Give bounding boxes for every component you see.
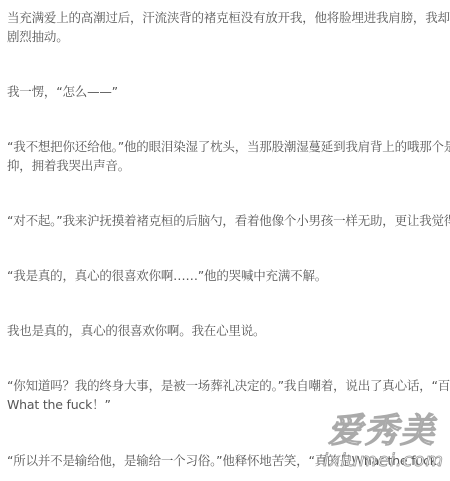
paragraph-2: 我一愣，“怎么——” xyxy=(7,82,118,101)
paragraph-7: “你知道吗？我的终身大事，是被一场葬礼决定的。”我自嘲着，说出了真心话，“百日冲… xyxy=(7,376,450,414)
paragraph-6: 我也是真的，真心的很喜欢你啊。我在心里说。 xyxy=(7,321,265,340)
paragraph-line: “你知道吗？我的终身大事，是被一场葬礼决定的。”我自嘲着，说出了真心话，“百日冲… xyxy=(7,376,450,395)
paragraph-3: “我不想把你还给他。”他的眼泪染湿了枕头，当那股潮湿蔓延到我肩背上的哦那个是，他… xyxy=(7,137,450,175)
paragraph-line: 抑，拥着我哭出声音。 xyxy=(7,156,450,175)
paragraph-line: “我是真的，真心的很喜欢你啊……”他的哭喊中充满不解。 xyxy=(7,266,327,285)
paragraph-line: 我一愣，“怎么——” xyxy=(7,82,118,101)
paragraph-line: 当充满爱上的高潮过后，汗流浃背的褚克桓没有放开我，他将脸埋进我肩膀，我却感觉到他… xyxy=(7,8,450,27)
watermark-brand-cn: 爱秀美 xyxy=(328,412,436,450)
paragraph-8: “所以并不是输给他，是输给一个习俗。”他释怀地苦笑，“真的是What the f… xyxy=(7,451,449,470)
paragraph-line: “我不想把你还给他。”他的眼泪染湿了枕头，当那股潮湿蔓延到我肩背上的哦那个是，他… xyxy=(7,137,450,156)
paragraph-5: “我是真的，真心的很喜欢你啊……”他的哭喊中充满不解。 xyxy=(7,266,327,285)
paragraph-line: “对不起。”我来沪抚摸着褚克桓的后脑勺，看着他像个小男孩一样无助，更让我觉得自己… xyxy=(7,211,450,230)
paragraph-1: 当充满爱上的高潮过后，汗流浃背的褚克桓没有放开我，他将脸埋进我肩膀，我却感觉到他… xyxy=(7,8,450,46)
paragraph-line: 剧烈抽动。 xyxy=(7,27,450,46)
paragraph-line: 我也是真的，真心的很喜欢你啊。我在心里说。 xyxy=(7,321,265,340)
paragraph-line: What the fuck！” xyxy=(7,395,450,414)
paragraph-line: “所以并不是输给他，是输给一个习俗。”他释怀地苦笑，“真的是What the f… xyxy=(7,451,449,470)
paragraph-4: “对不起。”我来沪抚摸着褚克桓的后脑勺，看着他像个小男孩一样无助，更让我觉得自己… xyxy=(7,211,450,230)
